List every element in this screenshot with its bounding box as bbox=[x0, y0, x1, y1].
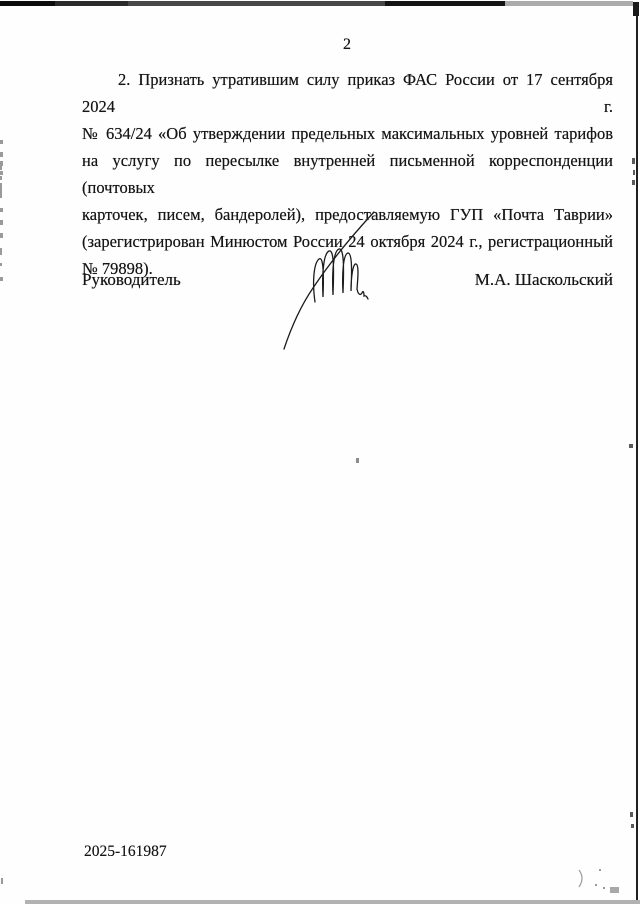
scan-artifact-left-tick bbox=[0, 233, 3, 238]
scan-artifact-bottom-bar bbox=[25, 900, 640, 904]
scan-artifact-left-tick bbox=[0, 252, 2, 255]
scan-artifact-speck bbox=[603, 887, 605, 889]
scan-artifact-left-tick bbox=[0, 183, 2, 198]
scan-artifact-right-tick bbox=[630, 812, 633, 817]
scan-artifact-left-tick bbox=[0, 176, 2, 180]
scan-artifact-left-tick bbox=[1, 878, 3, 884]
scan-artifact-right-tick bbox=[633, 170, 635, 175]
paragraph-line: на услугу по пересылке внутренней письме… bbox=[82, 147, 613, 201]
scan-artifact-right-tick bbox=[632, 180, 635, 185]
paragraph-line: № 634/24 «Об утверждении предельных макс… bbox=[82, 120, 613, 147]
scan-artifact-left-tick bbox=[0, 140, 3, 144]
scan-artifact-right-edge-line bbox=[636, 2, 638, 903]
scan-artifact-bottom-corner bbox=[610, 887, 619, 893]
scan-artifact-top-bar bbox=[0, 1, 640, 6]
scan-artifact-speck bbox=[356, 458, 359, 463]
scan-artifact-left-tick bbox=[0, 220, 3, 225]
scan-artifact-speck bbox=[595, 884, 597, 886]
scan-artifact-left-tick bbox=[0, 208, 3, 212]
scan-artifact-left-tick bbox=[0, 171, 3, 175]
paragraph-line: 2. Признать утратившим силу приказ ФАС Р… bbox=[82, 66, 613, 120]
scan-artifact-left-tick bbox=[0, 166, 2, 170]
scan-artifact-right-tick bbox=[631, 824, 634, 828]
scan-artifact-left-tick bbox=[0, 277, 3, 281]
scan-artifact-left-tick bbox=[0, 152, 3, 157]
scan-artifact-left-tick bbox=[0, 263, 2, 266]
scan-artifact-right-tick bbox=[629, 444, 633, 448]
scan-artifact-squiggle bbox=[577, 869, 587, 888]
signature-row: Руководитель М.А. Шаскольский bbox=[82, 270, 613, 290]
signer-title: Руководитель bbox=[82, 270, 181, 290]
document-page: 2 2. Признать утратившим силу приказ ФАС… bbox=[0, 0, 640, 905]
document-code: 2025-161987 bbox=[84, 843, 167, 861]
scan-artifact-right-top-blotch bbox=[633, 2, 639, 16]
page-number: 2 bbox=[82, 36, 612, 54]
scan-artifact-speck bbox=[599, 869, 601, 871]
signer-name: М.А. Шаскольский bbox=[475, 270, 613, 290]
scan-artifact-right-tick bbox=[632, 158, 635, 164]
